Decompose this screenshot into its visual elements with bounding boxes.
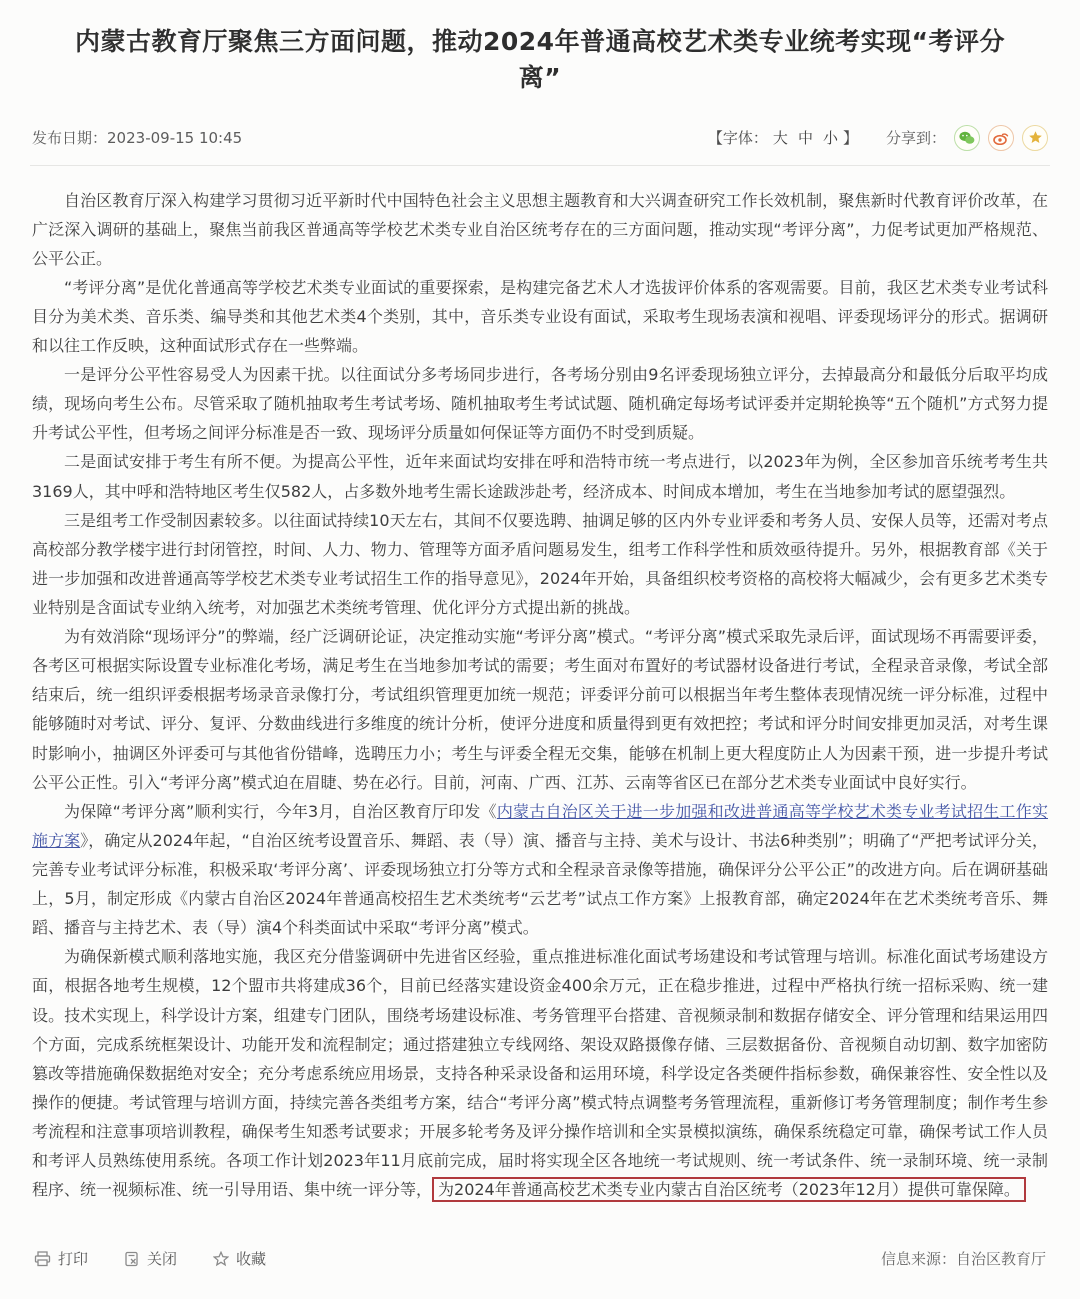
font-size-medium-button[interactable]: 中 [798,129,813,147]
paragraph-5: 三是组考工作受制因素较多。以往面试持续10天左右，其间不仅要选聘、抽调足够的区内… [32,506,1048,622]
favorite-label: 收藏 [236,1248,266,1269]
close-doc-icon [124,1251,140,1267]
close-label: 关闭 [147,1248,177,1269]
font-bracket-open: 【字体： [708,129,768,147]
paragraph-8-text: 为确保新模式顺利落地实施，我区充分借鉴调研中先进省区经验，重点推进标准化面试考场… [32,947,1048,1199]
paragraph-2: “考评分离”是优化普通高等学校艺术类专业面试的重要探索，是构建完备艺术人才选拔评… [32,273,1048,360]
printer-icon [34,1251,51,1267]
paragraph-3: 一是评分公平性容易受人为因素干扰。以往面试分多考场同步进行，各考场分别由9名评委… [32,360,1048,447]
weibo-icon [993,131,1009,145]
star-share-icon[interactable] [1022,125,1048,151]
font-size-small-button[interactable]: 小 [823,129,838,147]
highlighted-conclusion: 为2024年普通高校艺术类专业内蒙古自治区统考（2023年12月）提供可靠保障。 [432,1177,1026,1202]
close-button[interactable]: 关闭 [124,1248,177,1269]
wechat-icon [959,131,975,145]
font-bracket-close: 】 [843,129,858,147]
info-source-text: 信息来源：自治区教育厅 [881,1250,1046,1268]
paragraph-7: 为保障“考评分离”顺利实行，今年3月，自治区教育厅印发《内蒙古自治区关于进一步加… [32,797,1048,943]
paragraph-7-text-pre: 为保障“考评分离”顺利实行，今年3月，自治区教育厅印发《 [64,802,497,821]
paragraph-7-text-post: 》，确定从2024年起，“自治区统考设置音乐、舞蹈、表（导）演、播音与主持、美术… [32,831,1048,937]
font-size-control: 【字体：大中小】 [708,127,858,148]
paragraph-1: 自治区教育厅深入构建学习贯彻习近平新时代中国特色社会主义思想主题教育和大兴调查研… [32,186,1048,273]
meta-actions: 【字体：大中小】 分享到： [708,125,1048,151]
article-body: 自治区教育厅深入构建学习贯彻习近平新时代中国特色社会主义思想主题教育和大兴调查研… [30,166,1050,1205]
info-source: 信息来源：自治区教育厅 [881,1248,1046,1269]
meta-bar: 发布日期：2023-09-15 10:45 【字体：大中小】 分享到： [30,121,1050,166]
publish-date-value: 2023-09-15 10:45 [107,129,242,147]
footer-tools: 打印 关闭 收藏 [34,1248,266,1269]
publish-date: 发布日期：2023-09-15 10:45 [32,127,242,148]
font-size-large-button[interactable]: 大 [773,129,788,147]
page-title: 内蒙古教育厅聚焦三方面问题，推动2024年普通高校艺术类专业统考实现“考评分离” [60,24,1020,97]
favorite-button[interactable]: 收藏 [213,1248,266,1269]
wechat-share-icon[interactable] [954,125,980,151]
star-outline-icon [213,1251,229,1267]
article-page: 内蒙古教育厅聚焦三方面问题，推动2024年普通高校艺术类专业统考实现“考评分离”… [0,0,1080,1299]
share-control: 分享到： [886,125,1048,151]
paragraph-6: 为有效消除“现场评分”的弊端，经广泛调研论证，决定推动实施“考评分离”模式。“考… [32,622,1048,797]
print-button[interactable]: 打印 [34,1248,88,1269]
paragraph-8: 为确保新模式顺利落地实施，我区充分借鉴调研中先进省区经验，重点推进标准化面试考场… [32,942,1048,1204]
print-label: 打印 [58,1248,88,1269]
footer-bar: 打印 关闭 收藏 [30,1234,1050,1275]
weibo-share-icon[interactable] [988,125,1014,151]
star-icon [1028,130,1043,145]
publish-date-label: 发布日期： [32,129,107,147]
paragraph-4: 二是面试安排于考生有所不便。为提高公平性，近年来面试均安排在呼和浩特市统一考点进… [32,447,1048,505]
share-label: 分享到： [886,127,946,148]
